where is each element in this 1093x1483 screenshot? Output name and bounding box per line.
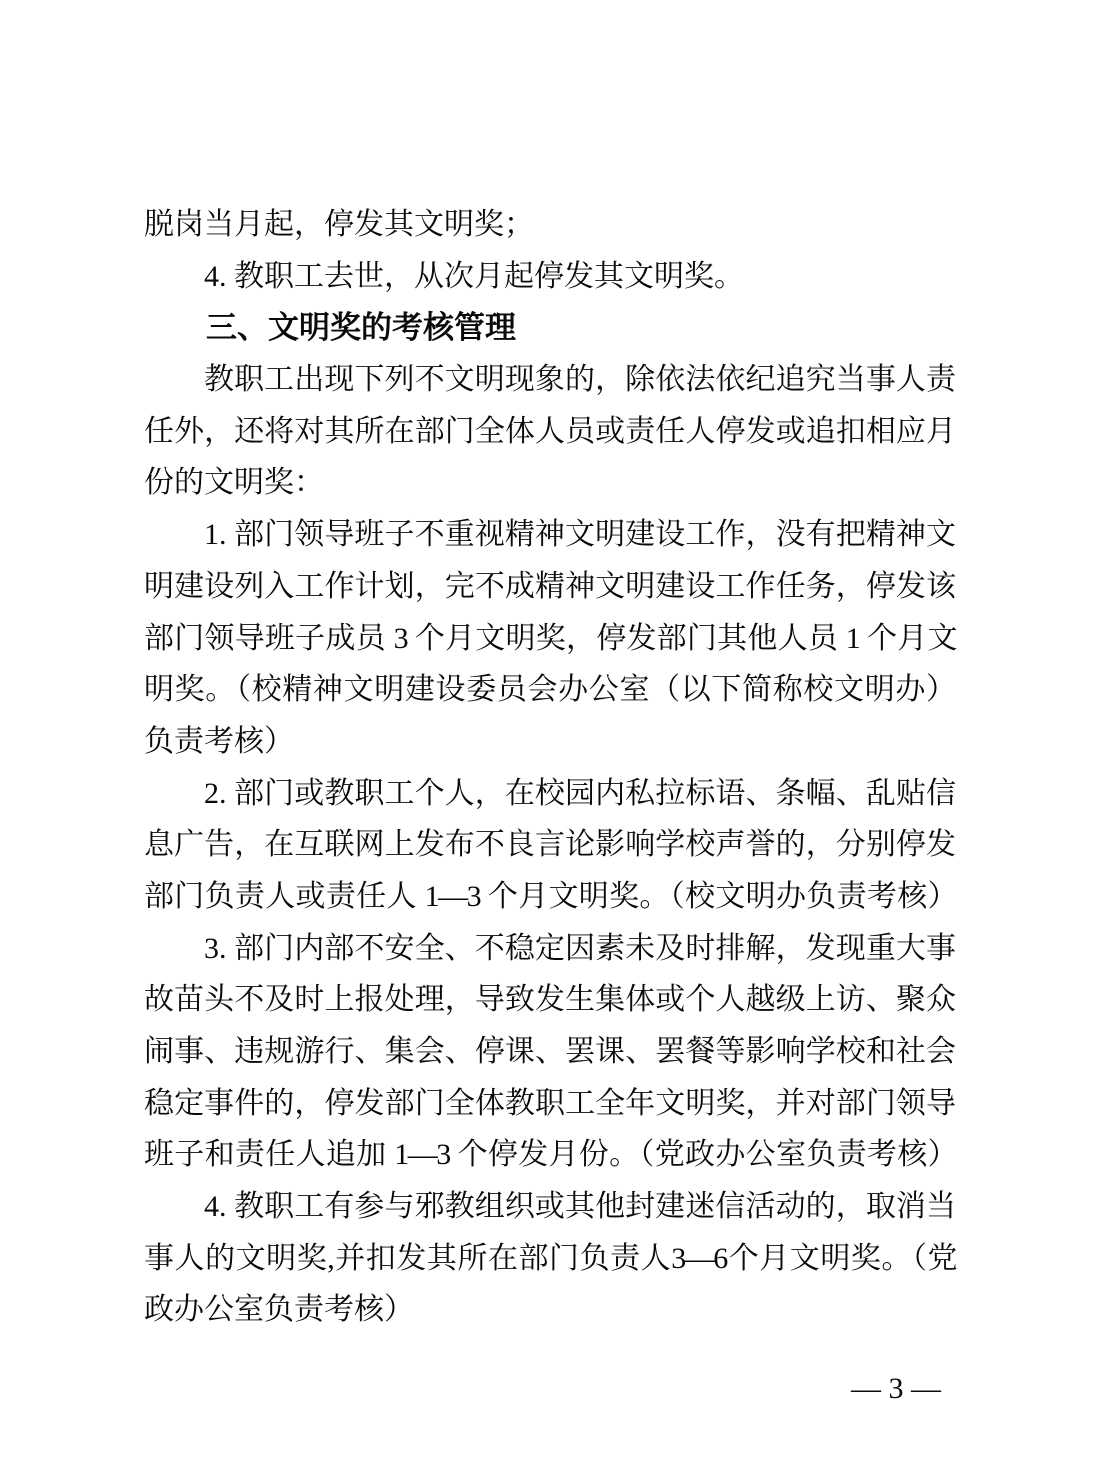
- text-line: 脱岗当月起，停发其文明奖；: [144, 199, 956, 251]
- text-line: 份的文明奖：: [144, 457, 956, 509]
- text-line: 事人的文明奖,并扣发其所在部门负责人3—6个月文明奖。（党: [144, 1233, 956, 1285]
- text-line: 4. 教职工去世，从次月起停发其文明奖。: [144, 251, 956, 303]
- text-line: 3. 部门内部不安全、不稳定因素未及时排解，发现重大事: [144, 923, 956, 975]
- text-line: 1. 部门领导班子不重视精神文明建设工作，没有把精神文: [144, 509, 956, 561]
- text-line: 负责考核）: [144, 716, 956, 768]
- page-number: — 3 —: [851, 1363, 941, 1415]
- text-line: 教职工出现下列不文明现象的，除依法依纪追究当事人责: [144, 354, 956, 406]
- document-body: 脱岗当月起，停发其文明奖；4. 教职工去世，从次月起停发其文明奖。三、文明奖的考…: [144, 199, 956, 1336]
- text-line: 明建设列入工作计划，完不成精神文明建设工作任务，停发该: [144, 561, 956, 613]
- text-line: 政办公室负责考核）: [144, 1284, 956, 1336]
- text-line: 班子和责任人追加 1—3 个停发月份。（党政办公室负责考核）: [144, 1129, 956, 1181]
- text-line: 稳定事件的，停发部门全体教职工全年文明奖，并对部门领导: [144, 1078, 956, 1130]
- text-line: 部门领导班子成员 3 个月文明奖，停发部门其他人员 1 个月文: [144, 613, 956, 665]
- text-line: 息广告，在互联网上发布不良言论影响学校声誉的，分别停发: [144, 819, 956, 871]
- text-line: 闹事、违规游行、集会、停课、罢课、罢餐等影响学校和社会: [144, 1026, 956, 1078]
- text-line: 明奖。（校精神文明建设委员会办公室（以下简称校文明办）: [144, 664, 956, 716]
- text-line: 任外，还将对其所在部门全体人员或责任人停发或追扣相应月: [144, 406, 956, 458]
- text-line: 4. 教职工有参与邪教组织或其他封建迷信活动的，取消当: [144, 1181, 956, 1233]
- text-line: 2. 部门或教职工个人，在校园内私拉标语、条幅、乱贴信: [144, 768, 956, 820]
- text-line: 故苗头不及时上报处理，导致发生集体或个人越级上访、聚众: [144, 974, 956, 1026]
- text-line: 部门负责人或责任人 1—3 个月文明奖。（校文明办负责考核）: [144, 871, 956, 923]
- section-heading: 三、文明奖的考核管理: [144, 302, 956, 354]
- document-page: 脱岗当月起，停发其文明奖；4. 教职工去世，从次月起停发其文明奖。三、文明奖的考…: [0, 0, 1093, 1483]
